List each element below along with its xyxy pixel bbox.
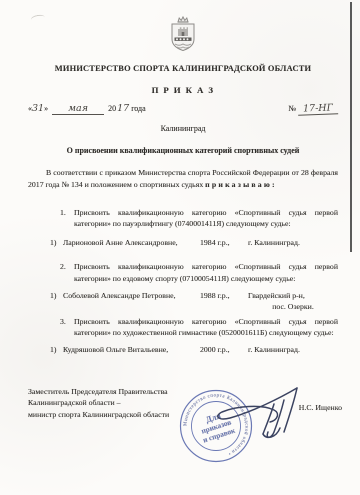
item-text: Присвоить квалификационную категорию «Сп… <box>74 316 338 338</box>
handwritten-year: 17 <box>117 103 129 114</box>
handwritten-month: мая <box>68 103 88 114</box>
close-quote: » <box>44 104 48 113</box>
ministry-title: МИНИСТЕРСТВО СПОРТА КАЛИНИНГРАДСКОЙ ОБЛА… <box>28 64 338 73</box>
judge-place: г. Калининград. <box>248 344 338 355</box>
preamble-text: В соответствии с приказом Министерства с… <box>28 168 338 189</box>
number-sign: № <box>288 104 296 113</box>
signer-position-line2: Калининградской области – <box>28 397 206 409</box>
order-number-line: № 17-НГ <box>288 103 338 115</box>
judge-name: Соболевой Александре Петровне, <box>63 290 200 312</box>
judge-place-line1: г. Калининград. <box>248 237 338 248</box>
year-suffix: года <box>131 104 145 113</box>
judge-birth-year: 2000 г.р., <box>200 344 248 355</box>
judge-place: Гвардейский р-н, пос. Озерки. <box>248 290 338 312</box>
month-blank-line: мая <box>52 103 104 115</box>
signer-position-line1: Заместитель Председателя Правительства <box>28 386 206 398</box>
scan-edge-artifact <box>350 2 352 252</box>
judge-birth-year: 1988 г.р., <box>200 290 248 312</box>
item-number: 3. <box>60 316 74 338</box>
subject-title: О присвоении квалификационных категорий … <box>28 146 338 155</box>
item-number: 1. <box>60 207 74 229</box>
order-item-1: 1. Присвоить квалификационную категорию … <box>28 207 338 229</box>
judge-place-line1: г. Калининград. <box>248 344 338 355</box>
judge-birth-year: 1984 г.р., <box>200 237 248 248</box>
signer-name: Н.С. Ищенко <box>299 402 342 414</box>
item-text: Присвоить квалификационную категорию «Сп… <box>74 261 338 283</box>
decree-word: приказываю: <box>205 180 277 189</box>
judge-row-2: 1) Соболевой Александре Петровне, 1988 г… <box>28 290 338 312</box>
judge-row-3: 1) Кудряшовой Ольге Витальевне, 2000 г.р… <box>28 344 338 355</box>
date-line: «31» мая 2017 года <box>28 103 146 115</box>
signer-position: Заместитель Председателя Правительства К… <box>28 386 206 421</box>
item-number: 2. <box>60 261 74 283</box>
order-item-2: 2. Присвоить квалификационную категорию … <box>28 261 338 283</box>
handwritten-order-number: 17-НГ <box>298 102 338 115</box>
judge-row-1: 1) Ларионовой Анне Александровне, 1984 г… <box>28 237 338 248</box>
judge-name: Ларионовой Анне Александровне, <box>63 237 200 248</box>
order-item-3: 3. Присвоить квалификационную категорию … <box>28 316 338 338</box>
preamble-paragraph: В соответствии с приказом Министерства с… <box>28 167 338 192</box>
item-text: Присвоить квалификационную категорию «Сп… <box>74 207 338 229</box>
judge-place-line2: пос. Озерки. <box>248 301 338 312</box>
handwritten-signature <box>200 381 315 445</box>
judge-number: 1) <box>50 290 63 312</box>
year-printed: 20 <box>108 104 116 113</box>
judge-name: Кудряшовой Ольге Витальевне, <box>63 344 200 355</box>
handwritten-day: 31 <box>32 103 44 114</box>
date-number-row: «31» мая 2017 года № 17-НГ <box>28 103 338 115</box>
signer-position-line3: министр спорта Калининградской области <box>28 409 206 421</box>
emblem-wrap <box>28 14 338 53</box>
document-type-title: П Р И К А З <box>28 85 338 95</box>
coat-of-arms-icon <box>164 14 202 53</box>
judge-number: 1) <box>50 237 63 248</box>
judge-number: 1) <box>50 344 63 355</box>
city-label: Калининград <box>28 124 338 133</box>
judge-place-line1: Гвардейский р-н, <box>248 290 338 301</box>
judge-place: г. Калининград. <box>248 237 338 248</box>
